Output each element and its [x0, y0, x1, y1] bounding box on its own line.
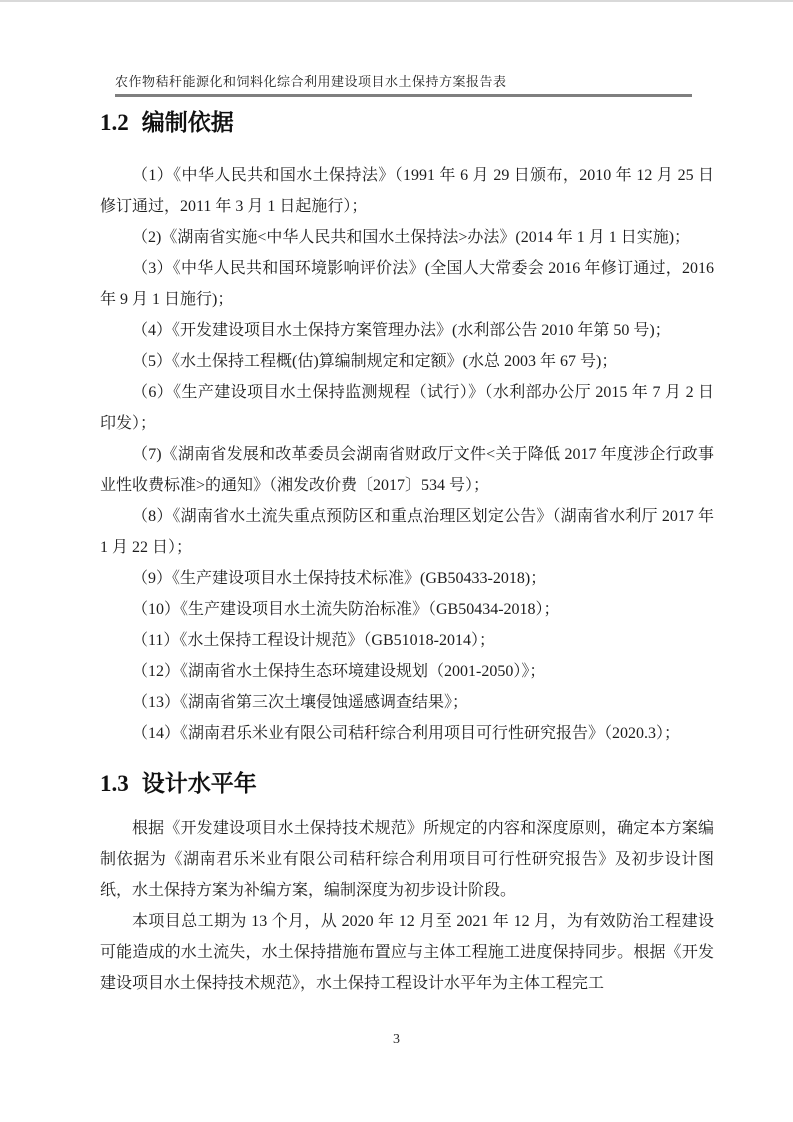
- reference-item: （5）《水土保持工程概(估)算编制规定和定额》(水总 2003 年 67 号)；: [100, 346, 714, 377]
- section-1-3-number: 1.3: [100, 767, 129, 801]
- reference-item: （11）《水土保持工程设计规范》（GB51018-2014）；: [100, 625, 714, 656]
- section-1-2-heading: 1.2编制依据: [100, 106, 714, 140]
- section-1-3-title: 设计水平年: [142, 771, 257, 796]
- reference-item: （6）《生产建设项目水土保持监测规程（试行）》（水利部办公厅 2015 年 7 …: [100, 377, 714, 439]
- page-content: 1.2编制依据 （1）《中华人民共和国水土保持法》（1991 年 6 月 29 …: [100, 106, 714, 999]
- section-1-2-title: 编制依据: [142, 110, 234, 135]
- reference-item: （10）《生产建设项目水土流失防治标准》（GB50434-2018）；: [100, 594, 714, 625]
- reference-item: （3）《中华人民共和国环境影响评价法》(全国人大常委会 2016 年修订通过，2…: [100, 253, 714, 315]
- document-page: 农作物秸秆能源化和饲料化综合利用建设项目水土保持方案报告表 1.2编制依据 （1…: [0, 0, 793, 1122]
- page-header: 农作物秸秆能源化和饲料化综合利用建设项目水土保持方案报告表: [115, 74, 692, 97]
- section-1-3-heading: 1.3设计水平年: [100, 767, 714, 801]
- header-title: 农作物秸秆能源化和饲料化综合利用建设项目水土保持方案报告表: [115, 74, 507, 89]
- reference-item: （4）《开发建设项目水土保持方案管理办法》(水利部公告 2010 年第 50 号…: [100, 315, 714, 346]
- reference-list: （1）《中华人民共和国水土保持法》（1991 年 6 月 29 日颁布，2010…: [100, 160, 714, 749]
- reference-item: （8）《湖南省水土流失重点预防区和重点治理区划定公告》（湖南省水利厅 2017 …: [100, 501, 714, 563]
- page-number: 3: [393, 1032, 400, 1047]
- design-year-paragraphs: 根据《开发建设项目水土保持技术规范》所规定的内容和深度原则，确定本方案编制依据为…: [100, 813, 714, 999]
- reference-item: （7)《湖南省发展和改革委员会湖南省财政厅文件<关于降低 2017 年度涉企行政…: [100, 439, 714, 501]
- section-1-2-number: 1.2: [100, 106, 129, 140]
- reference-item: （14）《湖南君乐米业有限公司秸秆综合利用项目可行性研究报告》（2020.3）；: [100, 718, 714, 749]
- reference-item: （12）《湖南省水土保持生态环境建设规划（2001-2050）》；: [100, 656, 714, 687]
- body-paragraph: 本项目总工期为 13 个月，从 2020 年 12 月至 2021 年 12 月…: [100, 906, 714, 999]
- reference-item: （9）《生产建设项目水土保持技术标准》(GB50433-2018)；: [100, 563, 714, 594]
- reference-item: （13）《湖南省第三次土壤侵蚀遥感调查结果》；: [100, 687, 714, 718]
- body-paragraph: 根据《开发建设项目水土保持技术规范》所规定的内容和深度原则，确定本方案编制依据为…: [100, 813, 714, 906]
- reference-item: （1）《中华人民共和国水土保持法》（1991 年 6 月 29 日颁布，2010…: [100, 160, 714, 222]
- reference-item: （2)《湖南省实施<中华人民共和国水土保持法>办法》(2014 年 1 月 1 …: [100, 222, 714, 253]
- page-footer: 3: [0, 1032, 793, 1048]
